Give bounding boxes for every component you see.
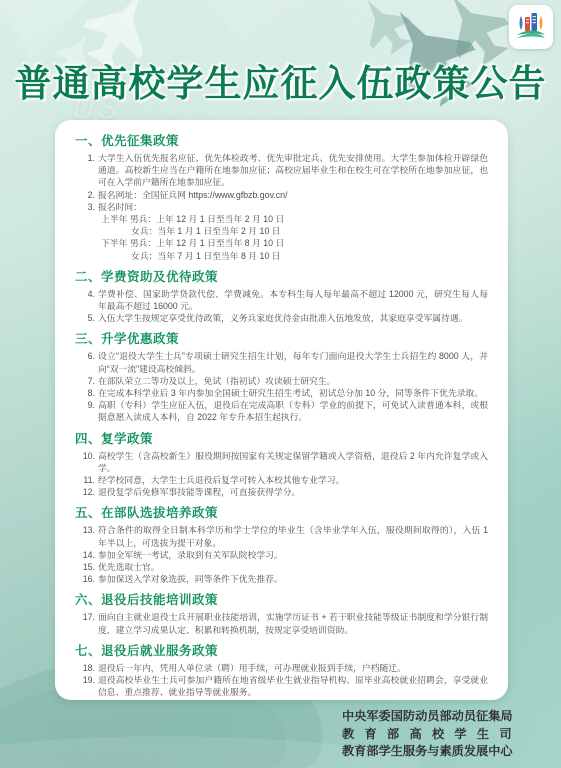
policy-item: 20. 乡镇补充干部、基层专职武装干部配备时，注重从退役大学生士兵中招录；在军队…	[79, 699, 488, 701]
item-number: 6.	[79, 350, 98, 362]
item-text: 入伍大学生按规定享受优待政策，义务兵家庭优待金由批准入伍地发放，其家庭享受军属待…	[98, 312, 488, 324]
policy-item: 12. 退役复学后免修军事技能等课程，可直接获得学分。	[79, 486, 488, 498]
item-number: 13.	[79, 524, 98, 536]
item-text: 在完成本科学业后 3 年内参加全国硕士研究生招生考试，初试总分加 10 分，同等…	[98, 387, 488, 399]
item-number: 18.	[79, 662, 98, 674]
section-heading: 五、在部队选拔培养政策	[75, 503, 488, 521]
item-text: 经学校同意，大学生士兵退役后复学可转入本校其他专业学习。	[98, 474, 488, 486]
item-text: 退役后一年内，凭用人单位录（聘）用手续，可办理就业报到手续，户档随迁。	[98, 662, 488, 674]
item-text: 退役复学后免修军事技能等课程，可直接获得学分。	[98, 486, 488, 498]
section-heading: 七、退役后就业服务政策	[75, 641, 488, 659]
footer-line: 中央军委国防动员部动员征集局	[342, 708, 518, 726]
policy-item: 7. 在部队荣立二等功及以上，免试（指初试）攻读硕士研究生。	[79, 375, 488, 387]
section-employment-service: 七、退役后就业服务政策 18. 退役后一年内，凭用人单位录（聘）用手续，可办理就…	[75, 641, 488, 700]
item-number: 16.	[79, 573, 98, 585]
item-text: 乡镇补充干部、基层专职武装干部配备时，注重从退役大学生士兵中招录；在军队服役 5…	[98, 699, 488, 701]
section-heading: 六、退役后技能培训政策	[75, 590, 488, 608]
item-text: 符合条件的取得全日制本科学历和学士学位的毕业生（含毕业学年入伍，服役期间取得的）…	[98, 524, 488, 548]
item-number: 15.	[79, 561, 98, 573]
item-text: 参加保送入学对象选拔，同等条件下优先推荐。	[98, 573, 488, 585]
item-text: 报名网址：全国征兵网 https://www.gfbzb.gov.cn/	[98, 189, 488, 201]
item-number: 17.	[79, 611, 98, 623]
policy-item: 5. 入伍大学生按规定享受优待政策，义务兵家庭优待金由批准入伍地发放，其家庭享受…	[79, 312, 488, 324]
item-text: 高职（专科）学生应征入伍，退役后在完成高职（专科）学业的前提下，可免试入读普通本…	[98, 399, 488, 423]
policy-item: 13. 符合条件的取得全日制本科学历和学士学位的毕业生（含毕业学年入伍，服役期间…	[79, 524, 488, 548]
schedule-line: 女兵：当年 1 月 1 日至当年 2 月 10 日	[131, 225, 488, 237]
item-text: 优先选取士官。	[98, 561, 488, 573]
item-number: 3.	[79, 201, 98, 213]
policy-item: 17. 面向自主就业退役士兵开展职业技能培训，实施学历证书 + 若干职业技能等级…	[79, 611, 488, 635]
item-number: 14.	[79, 549, 98, 561]
item-number: 9.	[79, 399, 98, 411]
policy-item: 14. 参加全军统一考试，录取到有关军队院校学习。	[79, 549, 488, 561]
item-number: 10.	[79, 450, 98, 462]
section-further-education: 三、升学优惠政策 6. 设立“退役大学生士兵”专项硕士研究生招生计划，每年专门面…	[75, 329, 488, 423]
item-text: 退役高校毕业生士兵可参加户籍所在地省级毕业生就业指导机构、原毕业高校就业招聘会，…	[98, 674, 488, 698]
section-heading: 四、复学政策	[75, 429, 488, 447]
item-number: 12.	[79, 486, 98, 498]
item-text: 报名时间：	[98, 201, 488, 213]
policy-item: 1. 大学生入伍优先报名应征、优先体检政考、优先审批定兵、优先安排使用。大学生参…	[79, 152, 488, 189]
item-text: 参加全军统一考试，录取到有关军队院校学习。	[98, 549, 488, 561]
item-number: 2.	[79, 189, 98, 201]
section-tuition-aid: 二、学费资助及优待政策 4. 学费补偿、国家助学贷款代偿、学费减免。本专科生每人…	[75, 267, 488, 325]
item-text: 学费补偿、国家助学贷款代偿、学费减免。本专科生每人每年最高不超过 12000 元…	[98, 288, 488, 312]
section-heading: 三、升学优惠政策	[75, 329, 488, 347]
section-priority-enlistment: 一、优先征集政策 1. 大学生入伍优先报名应征、优先体检政考、优先审批定兵、优先…	[75, 131, 488, 262]
footer-credits: 中央军委国防动员部动员征集局 教育部高校学生司 教育部学生服务与素质发展中心	[342, 708, 518, 761]
item-text: 设立“退役大学生士兵”专项硕士研究生招生计划，每年专门面向退役大学生士兵招生约 …	[98, 350, 488, 374]
section-military-selection: 五、在部队选拔培养政策 13. 符合条件的取得全日制本科学历和学士学位的毕业生（…	[75, 503, 488, 585]
policy-item: 19. 退役高校毕业生士兵可参加户籍所在地省级毕业生就业指导机构、原毕业高校就业…	[79, 674, 488, 698]
item-text: 大学生入伍优先报名应征、优先体检政考、优先审批定兵、优先安排使用。大学生参加体检…	[98, 152, 488, 189]
policy-item: 11. 经学校同意，大学生士兵退役后复学可转入本校其他专业学习。	[79, 474, 488, 486]
item-number: 11.	[79, 474, 98, 486]
section-heading: 二、学费资助及优待政策	[75, 267, 488, 285]
schedule-line: 女兵：当年 7 月 1 日至当年 8 月 10 日	[131, 250, 488, 262]
page-title: 普通高校学生应征入伍政策公告	[0, 53, 561, 107]
policy-item: 4. 学费补偿、国家助学贷款代偿、学费减免。本专科生每人每年最高不超过 1200…	[79, 288, 488, 312]
item-text: 高校学生（含高校新生）服役期间按国家有关规定保留学籍或入学资格，退役后 2 年内…	[98, 450, 488, 474]
policy-item: 8. 在完成本科学业后 3 年内参加全国硕士研究生招生考试，初试总分加 10 分…	[79, 387, 488, 399]
section-heading: 一、优先征集政策	[75, 131, 488, 149]
schedule-line: 上半年 男兵：上年 12 月 1 日至当年 2 月 10 日	[101, 213, 488, 225]
item-number: 8.	[79, 387, 98, 399]
enlistment-logo	[509, 5, 553, 49]
policy-item: 16. 参加保送入学对象选拔，同等条件下优先推荐。	[79, 573, 488, 585]
item-number: 20.	[79, 699, 98, 701]
content-card: 一、优先征集政策 1. 大学生入伍优先报名应征、优先体检政考、优先审批定兵、优先…	[55, 120, 508, 700]
item-number: 5.	[79, 312, 98, 324]
policy-item: 18. 退役后一年内，凭用人单位录（聘）用手续，可办理就业报到手续，户档随迁。	[79, 662, 488, 674]
logo-buildings-wheat-icon	[514, 10, 548, 44]
policy-item: 10. 高校学生（含高校新生）服役期间按国家有关规定保留学籍或入学资格，退役后 …	[79, 450, 488, 474]
policy-item: 15. 优先选取士官。	[79, 561, 488, 573]
policy-item: 2. 报名网址：全国征兵网 https://www.gfbzb.gov.cn/	[79, 189, 488, 201]
item-number: 1.	[79, 152, 98, 164]
policy-item: 9. 高职（专科）学生应征入伍，退役后在完成高职（专科）学业的前提下，可免试入读…	[79, 399, 488, 423]
item-number: 4.	[79, 288, 98, 300]
item-text: 面向自主就业退役士兵开展职业技能培训，实施学历证书 + 若干职业技能等级证书制度…	[98, 611, 488, 635]
policy-item: 3. 报名时间：	[79, 201, 488, 213]
schedule-line: 下半年 男兵：上年 12 月 1 日至当年 8 月 10 日	[101, 237, 488, 249]
policy-item: 6. 设立“退役大学生士兵”专项硕士研究生招生计划，每年专门面向退役大学生士兵招…	[79, 350, 488, 374]
footer-line: 教育部学生服务与素质发展中心	[342, 743, 518, 761]
section-skills-training: 六、退役后技能培训政策 17. 面向自主就业退役士兵开展职业技能培训，实施学历证…	[75, 590, 488, 635]
item-text: 在部队荣立二等功及以上，免试（指初试）攻读硕士研究生。	[98, 375, 488, 387]
item-number: 19.	[79, 674, 98, 686]
footer-line: 教育部高校学生司	[342, 726, 518, 744]
item-number: 7.	[79, 375, 98, 387]
section-resume-study: 四、复学政策 10. 高校学生（含高校新生）服役期间按国家有关规定保留学籍或入学…	[75, 429, 488, 499]
